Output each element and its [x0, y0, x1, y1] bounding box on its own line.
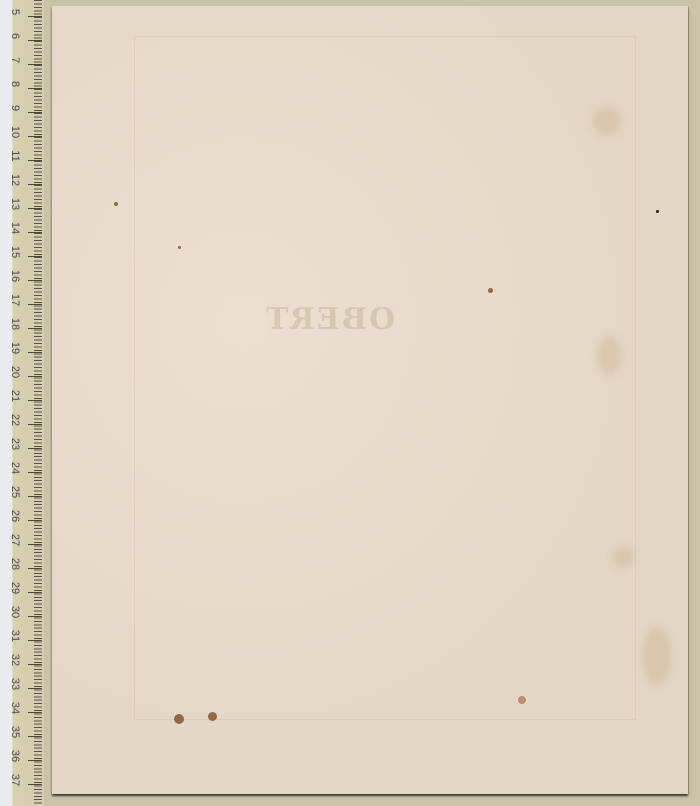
ruler-label: 13: [9, 193, 21, 215]
ruler-label: 16: [9, 265, 21, 287]
ruler-major-tick: [28, 784, 42, 785]
ruler-label: 22: [9, 409, 21, 431]
stain: [597, 336, 622, 376]
ruler-label: 32: [9, 649, 21, 671]
ruler-label: 26: [9, 505, 21, 527]
foxing-spot: [174, 714, 184, 724]
ruler-major-tick: [28, 88, 42, 89]
ruler-major-tick: [28, 280, 42, 281]
ruler-major-tick: [28, 16, 42, 17]
ruler-major-tick: [28, 736, 42, 737]
ruler-major-tick: [28, 760, 42, 761]
ruler-major-tick: [28, 424, 42, 425]
ruler-label: 33: [9, 673, 21, 695]
ruler-major-tick: [28, 496, 42, 497]
ruler-major-tick: [28, 712, 42, 713]
foxing-spot: [518, 696, 526, 704]
ruler-label: 9: [9, 97, 21, 119]
ruler-label: 12: [9, 169, 21, 191]
foxing-spot: [656, 210, 659, 213]
ruler-major-tick: [28, 232, 42, 233]
ruler-label: 34: [9, 697, 21, 719]
foxing-spot: [114, 202, 118, 206]
ruler-major-tick: [28, 40, 42, 41]
ruler-label: 29: [9, 577, 21, 599]
ruler-label: 8: [9, 73, 21, 95]
ruler-major-tick: [28, 304, 42, 305]
plate-mark: [134, 36, 636, 720]
paper-sheet: OBERT: [52, 6, 688, 794]
ruler-major-tick: [28, 592, 42, 593]
ruler-label: 7: [9, 49, 21, 71]
ruler-major-tick: [28, 136, 42, 137]
ruler-major-tick: [28, 616, 42, 617]
stain: [612, 546, 634, 568]
ruler-major-tick: [28, 352, 42, 353]
ruler-label: 20: [9, 361, 21, 383]
ruler-major-tick: [28, 160, 42, 161]
ruler-label: 18: [9, 313, 21, 335]
ruler-major-tick: [28, 520, 42, 521]
measuring-ruler: 5678910111213141516171819202122232425262…: [0, 0, 44, 806]
ruler-major-tick: [28, 376, 42, 377]
ruler-label: 23: [9, 433, 21, 455]
stain: [592, 106, 622, 136]
ruler-major-tick: [28, 640, 42, 641]
bleed-through-text: OBERT: [264, 302, 395, 337]
ruler-label: 27: [9, 529, 21, 551]
ruler-major-tick: [28, 208, 42, 209]
ruler-label: 10: [9, 121, 21, 143]
ruler-major-tick: [28, 568, 42, 569]
ruler-major-tick: [28, 112, 42, 113]
ruler-label: 21: [9, 385, 21, 407]
foxing-spot: [488, 288, 493, 293]
ruler-major-tick: [28, 400, 42, 401]
ruler-major-tick: [28, 472, 42, 473]
stain: [642, 626, 672, 686]
ruler-ticks: [26, 0, 42, 806]
foxing-spot: [178, 246, 181, 249]
ruler-label: 5: [9, 1, 21, 23]
ruler-label: 37: [9, 769, 21, 791]
ruler-major-tick: [28, 664, 42, 665]
ruler-label: 17: [9, 289, 21, 311]
ruler-label: 14: [9, 217, 21, 239]
ruler-major-tick: [28, 184, 42, 185]
ruler-major-tick: [28, 328, 42, 329]
ruler-label: 30: [9, 601, 21, 623]
ruler-major-tick: [28, 448, 42, 449]
ruler-label: 11: [9, 145, 21, 167]
ruler-label: 25: [9, 481, 21, 503]
ruler-label: 28: [9, 553, 21, 575]
ruler-label: 15: [9, 241, 21, 263]
ruler-label: 31: [9, 625, 21, 647]
ruler-label: 6: [9, 25, 21, 47]
ruler-major-tick: [28, 688, 42, 689]
ruler-label: 24: [9, 457, 21, 479]
foxing-spot: [208, 712, 217, 721]
ruler-label: 35: [9, 721, 21, 743]
ruler-label: 36: [9, 745, 21, 767]
ruler-major-tick: [28, 544, 42, 545]
ruler-label: 19: [9, 337, 21, 359]
ruler-major-tick: [28, 256, 42, 257]
ruler-major-tick: [28, 64, 42, 65]
